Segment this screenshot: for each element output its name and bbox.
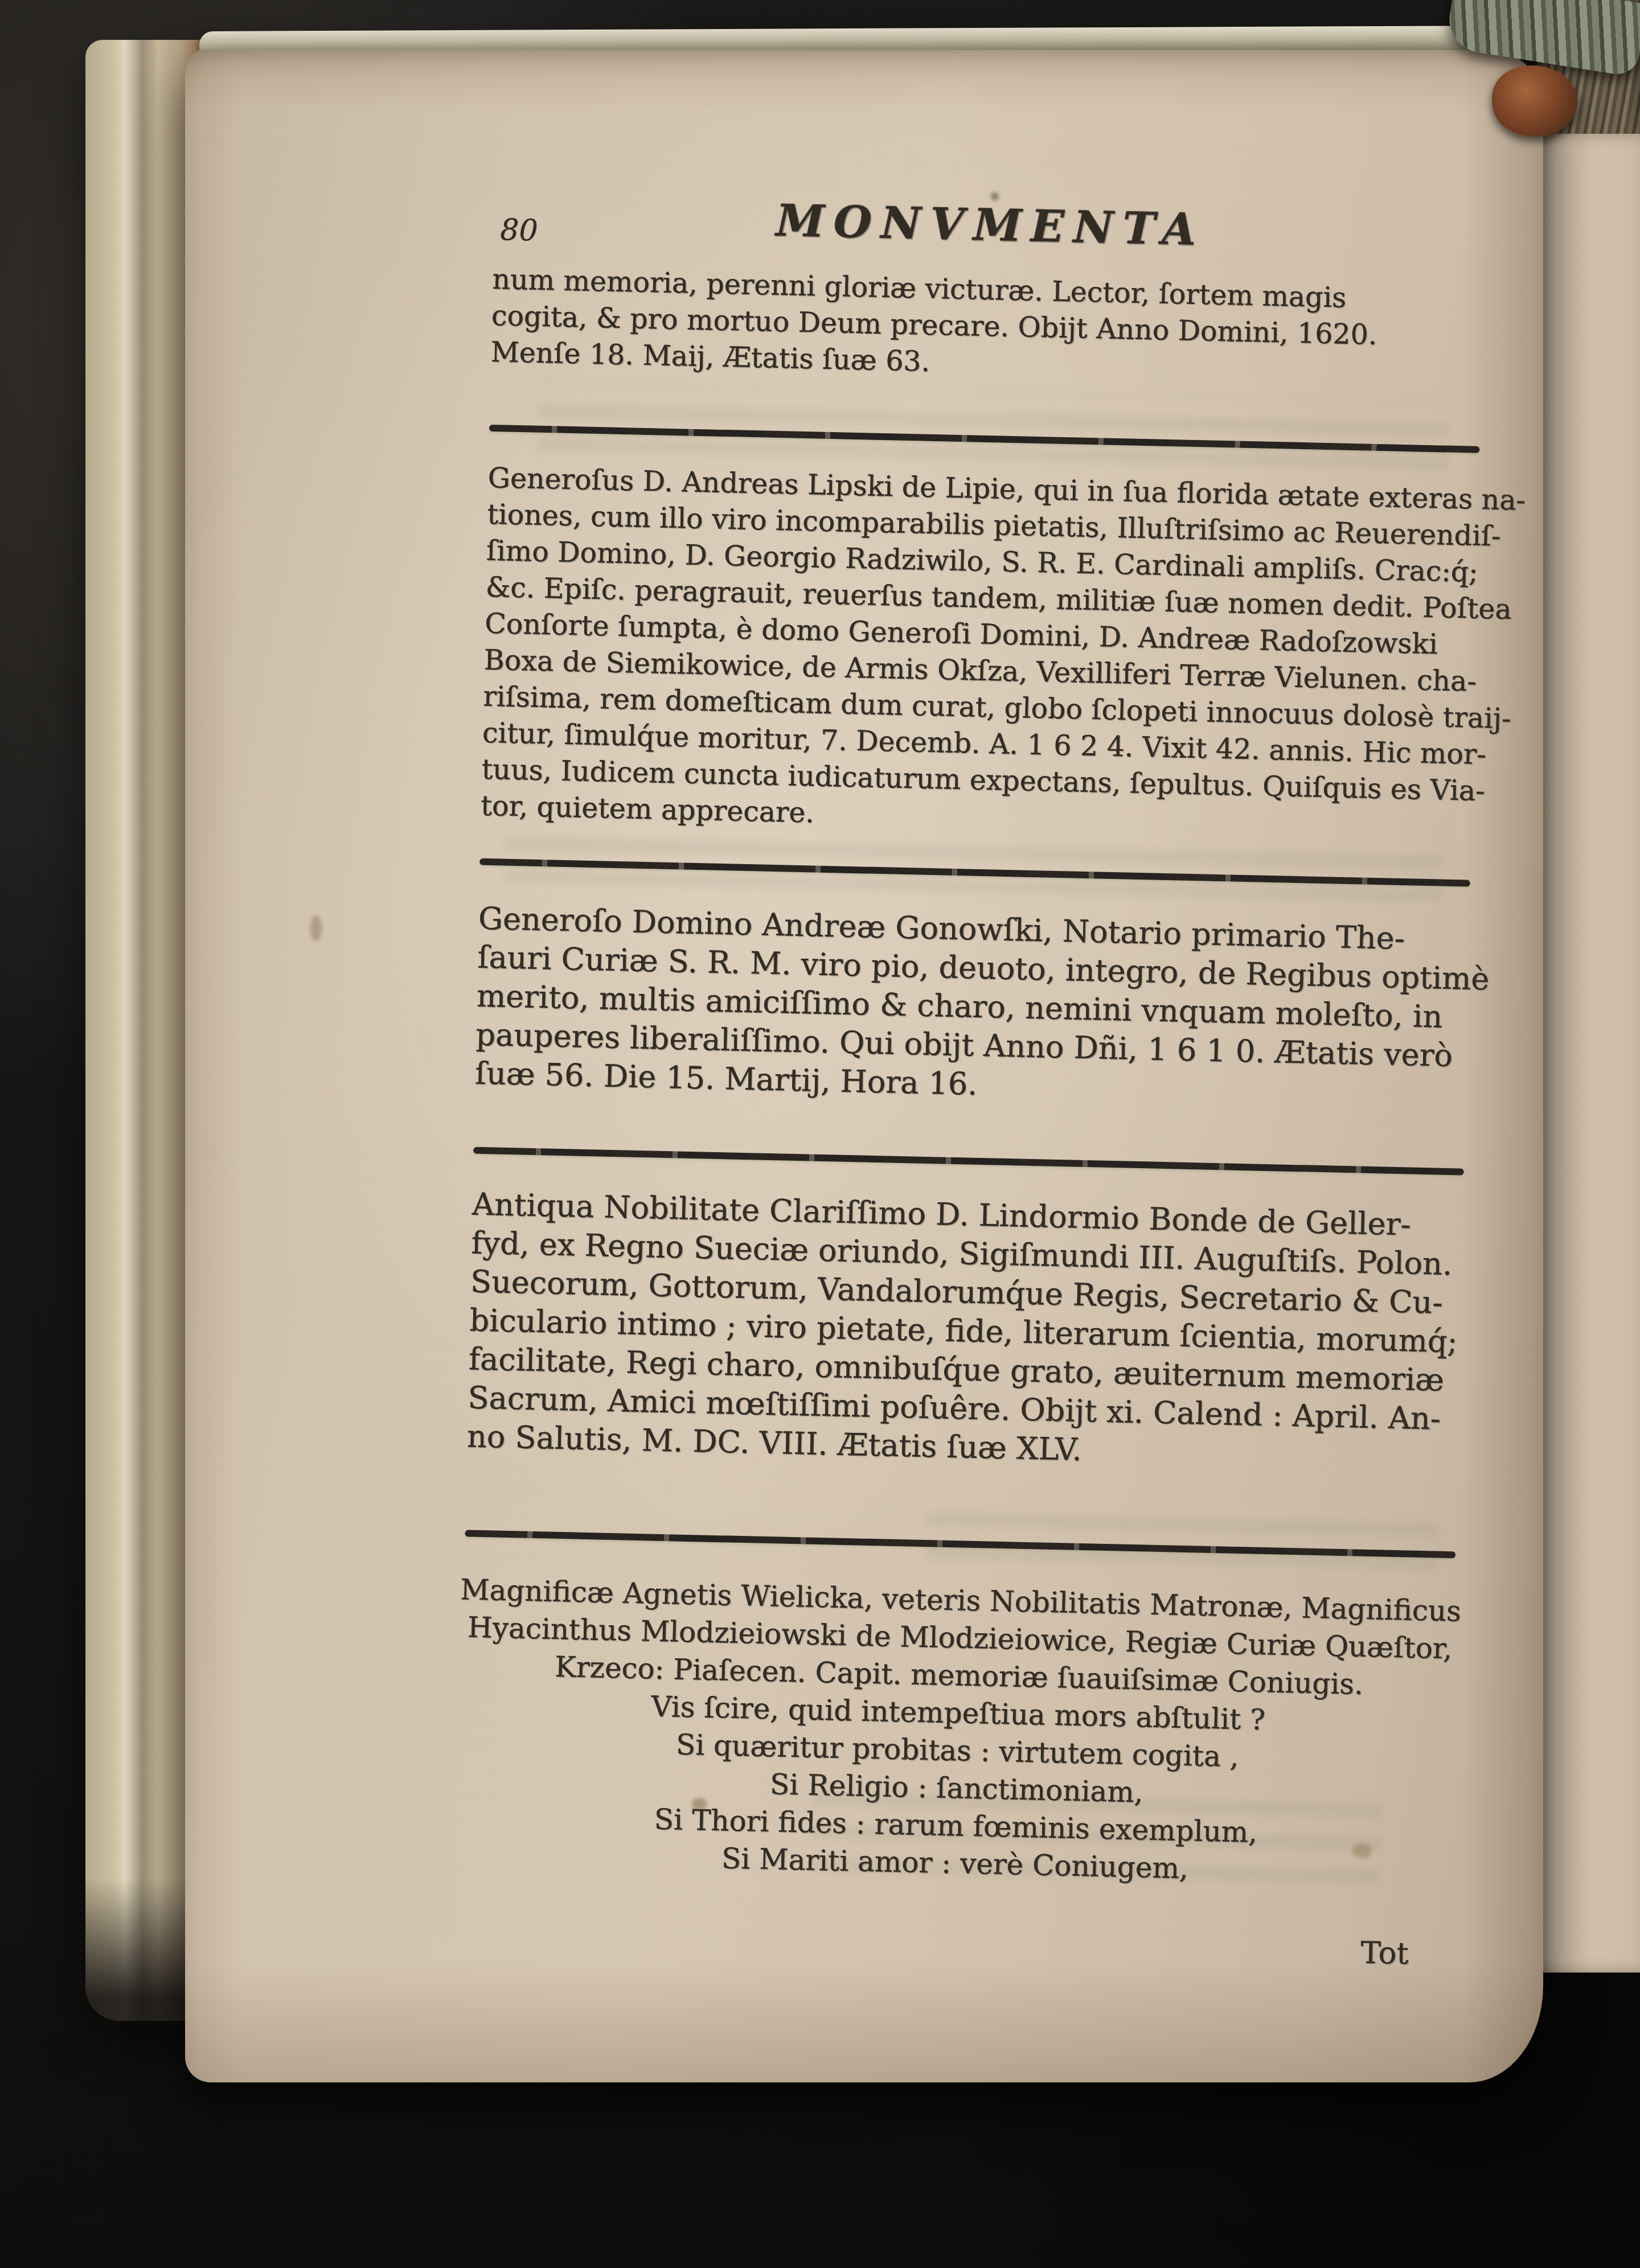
- bonde-epitaph-paragraph: Antiqua Nobilitate Clariſſimo D. Lindorm…: [466, 1185, 1466, 1478]
- epitaph-continuation-paragraph: num memoria, perenni gloriæ victuræ. Lec…: [490, 261, 1486, 392]
- section-rule: [465, 1530, 1455, 1558]
- gonowski-epitaph-paragraph: Generoſo Domino Andreæ Gonowſki, Notario…: [474, 899, 1472, 1115]
- paper-stain: [991, 192, 999, 200]
- printed-text-block: 80 MONVMENTA num memoria, perenni gloriæ…: [456, 189, 1487, 1972]
- section-rule: [489, 425, 1480, 453]
- leather-binding-knob: [1492, 65, 1577, 137]
- section-rule: [479, 858, 1470, 887]
- paper-stain: [310, 915, 322, 942]
- wielicka-epitaph-paragraph: Magnificæ Agnetis Wielicka, veteris Nobi…: [440, 1571, 1477, 1893]
- page-number: 80: [500, 213, 538, 248]
- lipski-epitaph-paragraph: Generoſus D. Andreas Lipski de Lipie, qu…: [481, 460, 1482, 846]
- gutter-page: [1531, 134, 1640, 1973]
- book-photo: { "page": { "number": "80", "running_tit…: [0, 0, 1640, 2268]
- section-rule: [473, 1147, 1464, 1176]
